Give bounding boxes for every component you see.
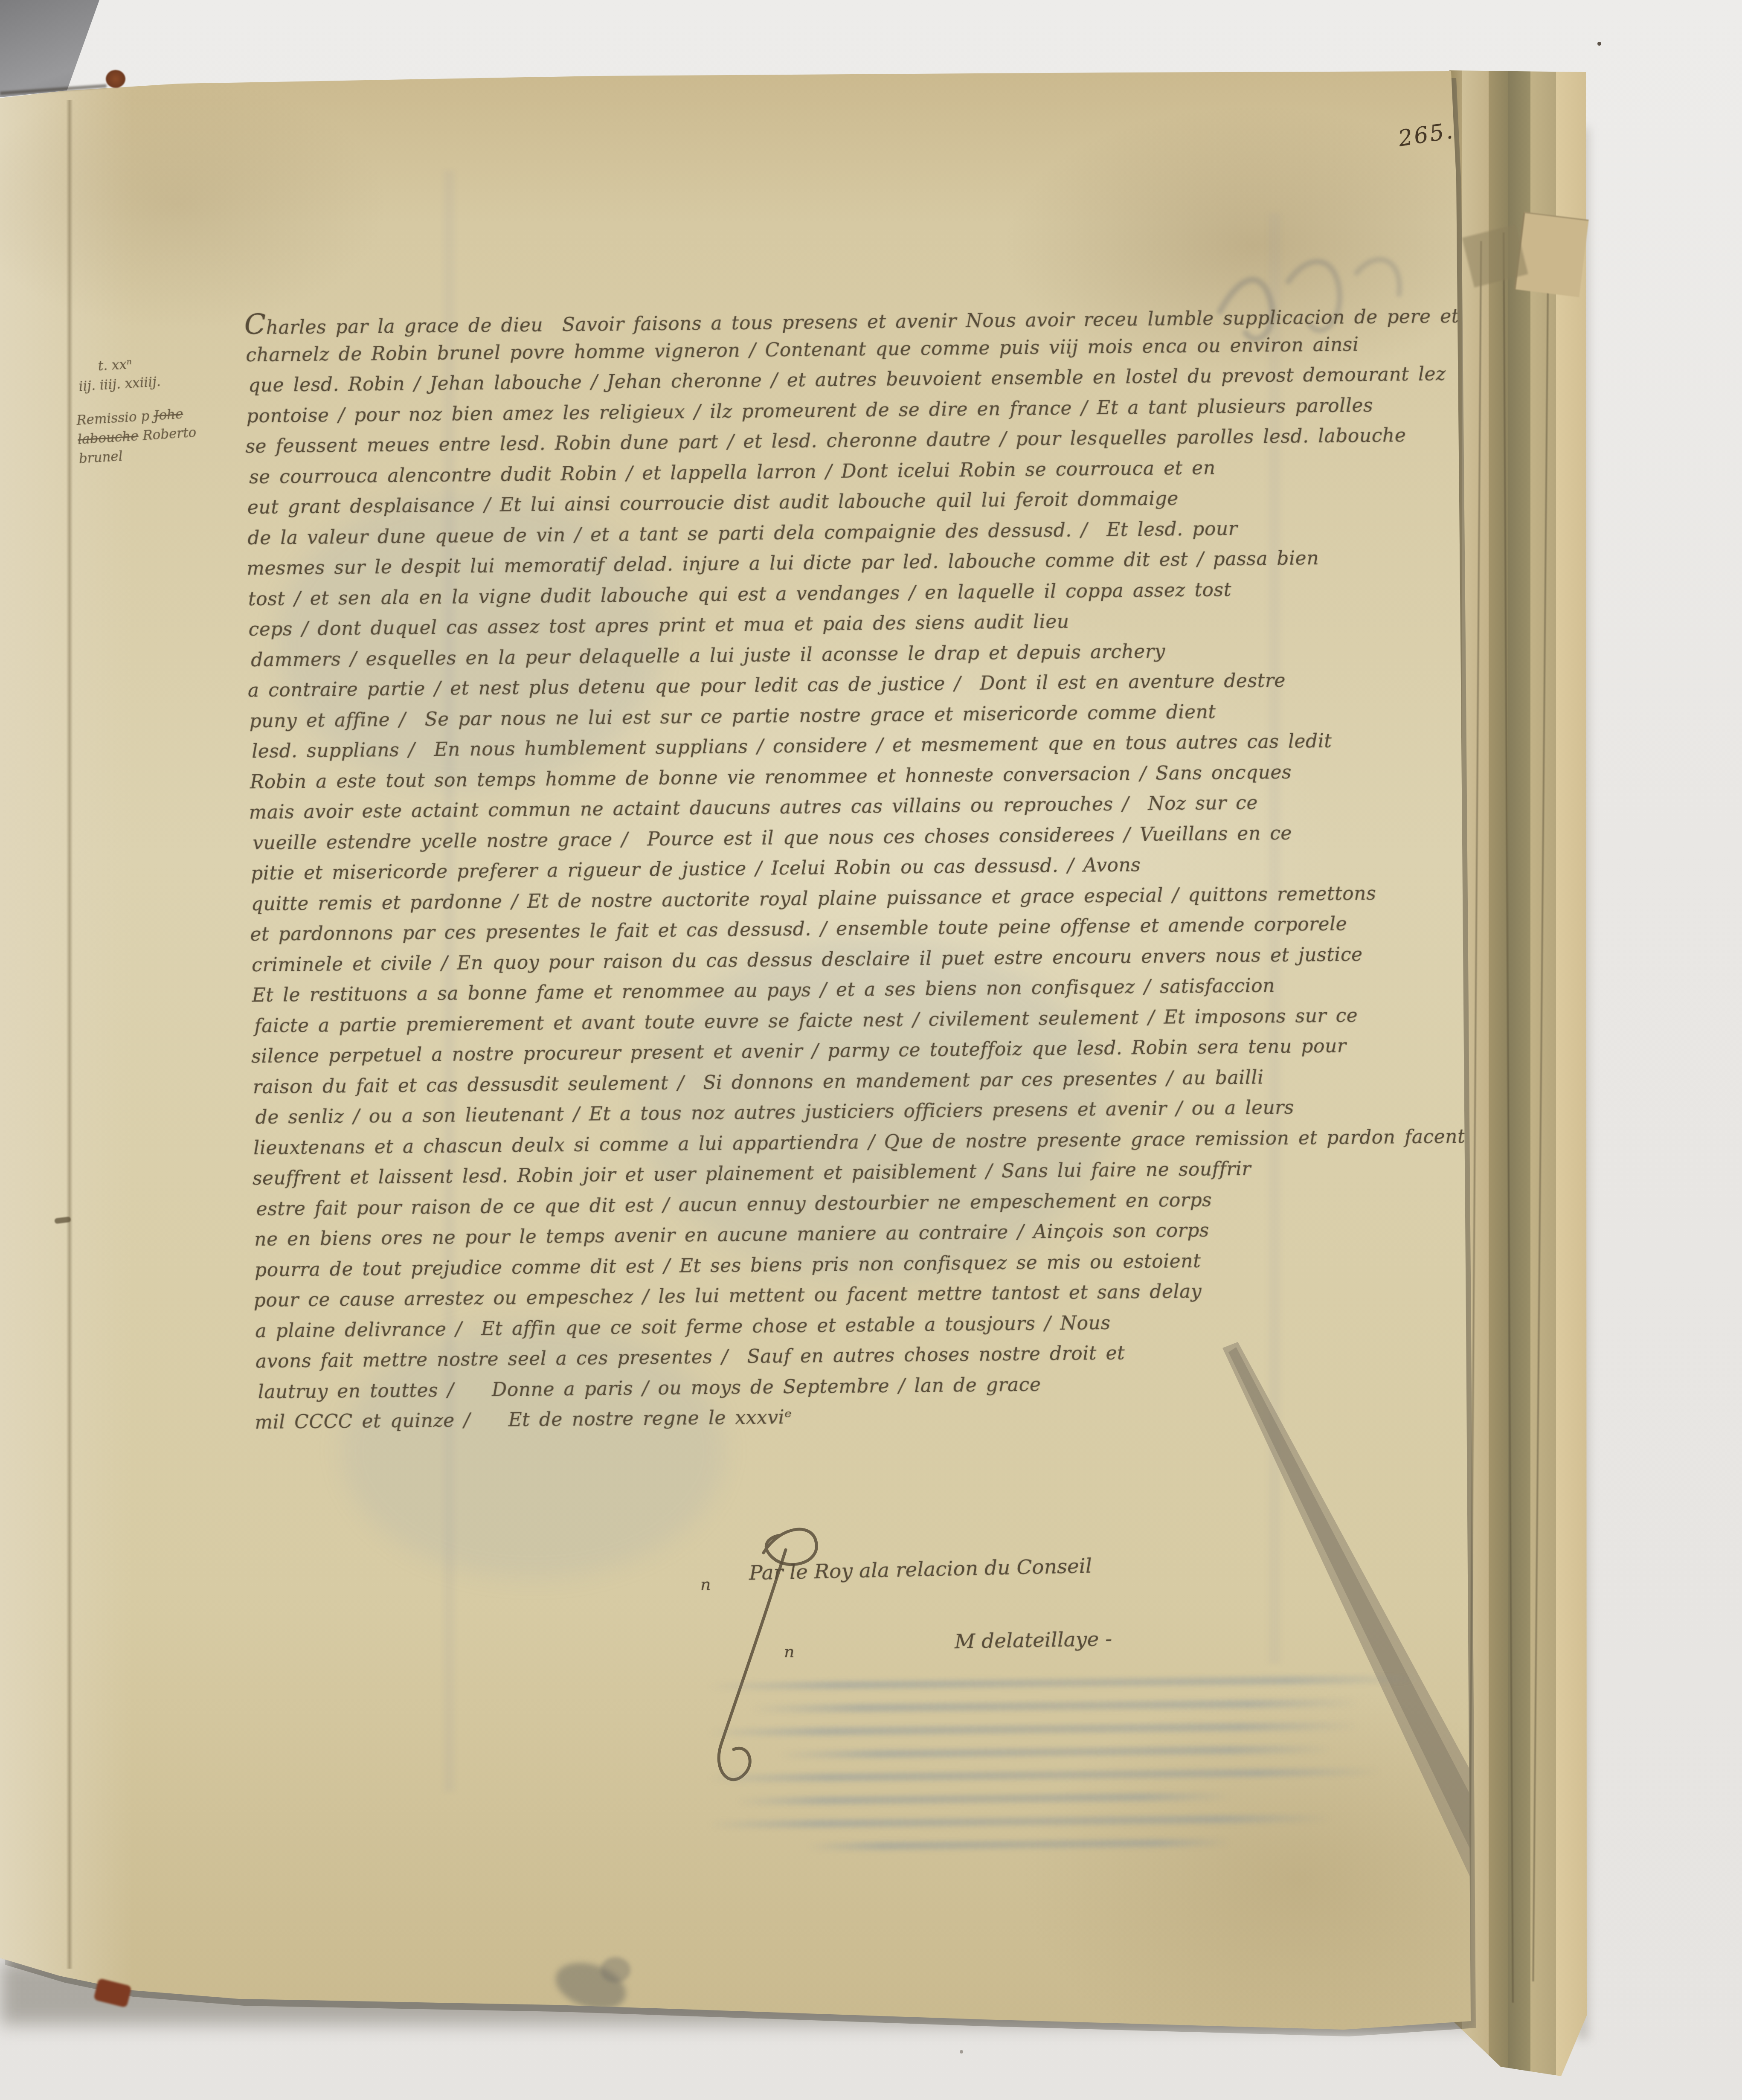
adjacent-folio-corner bbox=[0, 0, 102, 99]
dust-speck bbox=[960, 2050, 963, 2054]
fore-edge-strip bbox=[1489, 70, 1508, 2078]
showthrough-line bbox=[751, 1699, 1360, 1713]
verso-showthrough-lines bbox=[708, 1675, 1416, 1867]
dust-speck bbox=[1597, 42, 1601, 46]
binding-rust-spot bbox=[106, 70, 125, 88]
showthrough-line bbox=[708, 1768, 1381, 1783]
showthrough-line bbox=[736, 1792, 1232, 1805]
showthrough-line bbox=[708, 1722, 1359, 1737]
manuscript-photo: 265. t. xxⁿ iij. iiij. xxiiij. Remissio … bbox=[0, 0, 1742, 2100]
fore-edge-strip bbox=[1556, 70, 1587, 2078]
bottom-smudge-stain bbox=[601, 1957, 630, 1983]
parchment-page: 265. t. xxⁿ iij. iiij. xxiiij. Remissio … bbox=[0, 0, 1476, 2043]
showthrough-line bbox=[779, 1745, 1331, 1759]
showthrough-line bbox=[807, 1839, 1232, 1850]
following-leaf-corner bbox=[1514, 212, 1588, 297]
showthrough-line bbox=[708, 1814, 1331, 1828]
